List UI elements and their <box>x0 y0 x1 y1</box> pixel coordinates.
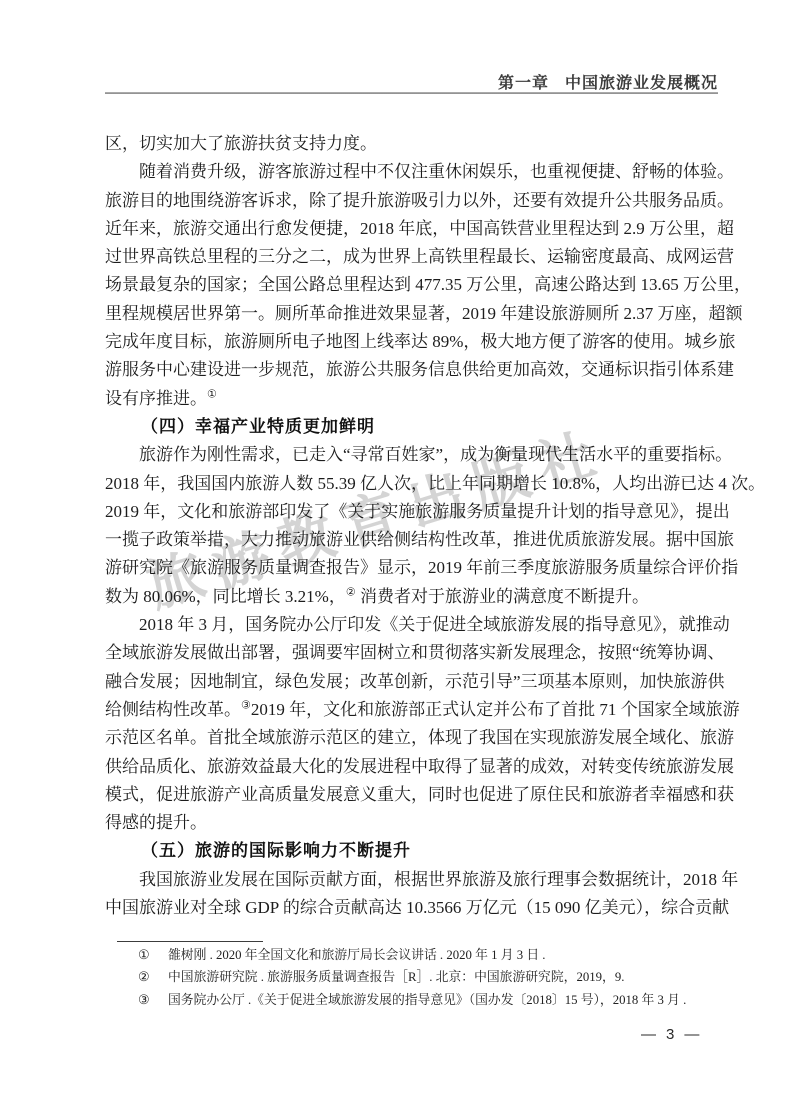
body-text: 区，切实加大了旅游扶贫支持力度。 随着消费升级，游客旅游过程中不仅注重休闲娱乐，… <box>105 130 721 922</box>
footnote-marker: ③ <box>138 989 168 1011</box>
text-segment: 设有序推进。 <box>105 389 207 408</box>
footnote-text: 国务院办公厅 .《关于促进全域旅游发展的指导意见》（国办发〔2018〕15 号）… <box>168 993 686 1007</box>
footnote: ①雒树刚 . 2020 年全国文化和旅游厅局长会议讲话 . 2020 年 1 月… <box>138 944 728 966</box>
text-line: 给侧结构性改革。③2019 年，文化和旅游部正式认定并公布了首批 71 个国家全… <box>105 696 721 724</box>
text-line: 得感的提升。 <box>105 809 721 837</box>
text-line: 中国旅游业对全球 GDP 的综合贡献高达 10.3566 万亿元（15 090 … <box>105 894 721 922</box>
text-segment: 消费者对于旅游业的满意度不断提升。 <box>356 587 649 606</box>
book-page: 第一章中国旅游业发展概况 旅游教育出版社 区，切实加大了旅游扶贫支持力度。 随着… <box>0 0 800 1114</box>
footnote-marker: ① <box>138 944 168 966</box>
text-segment: 2019 年，文化和旅游部正式认定并公布了首批 71 个国家全域旅游 <box>251 700 740 719</box>
text-line: 过世界高铁总里程的三分之二，成为世界上高铁里程最长、运输密度最高、成网运营 <box>105 243 721 271</box>
text-line: 2018 年，我国国内旅游人数 55.39 亿人次，比上年同期增长 10.8%，… <box>105 470 721 498</box>
text-line: 旅游目的地围绕游客诉求，除了提升旅游吸引力以外，还要有效提升公共服务品质。 <box>105 187 721 215</box>
text-line: 近年来，旅游交通出行愈发便捷，2018 年底，中国高铁营业里程达到 2.9 万公… <box>105 215 721 243</box>
section-heading-5: （五）旅游的国际影响力不断提升 <box>105 837 721 865</box>
footnote-text: 雒树刚 . 2020 年全国文化和旅游厅局长会议讲话 . 2020 年 1 月 … <box>168 948 546 962</box>
chapter-title: 中国旅游业发展概况 <box>565 75 718 92</box>
footnotes: ①雒树刚 . 2020 年全国文化和旅游厅局长会议讲话 . 2020 年 1 月… <box>138 944 728 1011</box>
page-number: —3— <box>641 1026 699 1043</box>
text-line: 设有序推进。① <box>105 385 721 413</box>
footnote: ③国务院办公厅 .《关于促进全域旅游发展的指导意见》（国办发〔2018〕15 号… <box>138 989 728 1011</box>
footnote-ref-1: ① <box>207 388 217 400</box>
footnote-ref-3: ③ <box>241 699 251 711</box>
page-number-dash-left: — <box>641 1026 656 1043</box>
header-rule <box>105 92 718 94</box>
text-line: 示范区名单。首批全域旅游示范区的建立，体现了我国在实现旅游发展全域化、旅游 <box>105 724 721 752</box>
running-head: 第一章中国旅游业发展概况 <box>498 70 718 93</box>
page-number-value: 3 <box>666 1026 674 1043</box>
text-line: 随着消费升级，游客旅游过程中不仅注重休闲娱乐，也重视便捷、舒畅的体验。 <box>105 158 721 186</box>
text-line: 游研究院《旅游服务质量调查报告》显示，2019 年前三季度旅游服务质量综合评价指 <box>105 554 721 582</box>
page-number-dash-right: — <box>684 1026 699 1043</box>
section-heading-4: （四）幸福产业特质更加鲜明 <box>105 413 721 441</box>
text-line: 我国旅游业发展在国际贡献方面，根据世界旅游及旅行理事会数据统计，2018 年 <box>105 866 721 894</box>
text-line: 全域旅游发展做出部署，强调要牢固树立和贯彻落实新发展理念，按照“统筹协调、 <box>105 639 721 667</box>
text-line: 区，切实加大了旅游扶贫支持力度。 <box>105 130 721 158</box>
text-line: 数为 80.06%，同比增长 3.21%，② 消费者对于旅游业的满意度不断提升。 <box>105 583 721 611</box>
footnote-separator <box>117 941 263 942</box>
text-line: 游服务中心建设进一步规范，旅游公共服务信息供给更加高效，交通标识指引体系建 <box>105 356 721 384</box>
text-line: 里程规模居世界第一。厕所革命推进效果显著，2019 年建设旅游厕所 2.37 万… <box>105 300 721 328</box>
text-line: 完成年度目标，旅游厕所电子地图上线率达 89%，极大地方便了游客的使用。城乡旅 <box>105 328 721 356</box>
footnote: ②中国旅游研究院 . 旅游服务质量调查报告［R］. 北京：中国旅游研究院，201… <box>138 966 728 988</box>
text-segment: 数为 80.06%，同比增长 3.21%， <box>105 587 346 606</box>
text-line: 融合发展；因地制宜，绿色发展；改革创新，示范引导”三项基本原则，加快旅游供 <box>105 668 721 696</box>
text-line: 供给品质化、旅游效益最大化的发展进程中取得了显著的成效，对转变传统旅游发展 <box>105 753 721 781</box>
footnote-marker: ② <box>138 966 168 988</box>
text-line: 2019 年，文化和旅游部印发了《关于实施旅游服务质量提升计划的指导意见》，提出 <box>105 498 721 526</box>
chapter-label: 第一章 <box>498 75 549 92</box>
footnote-ref-2: ② <box>346 586 356 598</box>
text-segment: 给侧结构性改革。 <box>105 700 241 719</box>
text-line: 旅游作为刚性需求，已走入“寻常百姓家”，成为衡量现代生活水平的重要指标。 <box>105 441 721 469</box>
footnote-text: 中国旅游研究院 . 旅游服务质量调查报告［R］. 北京：中国旅游研究院，2019… <box>168 970 624 984</box>
text-line: 模式，促进旅游产业高质量发展意义重大，同时也促进了原住民和旅游者幸福感和获 <box>105 781 721 809</box>
text-line: 2018 年 3 月，国务院办公厅印发《关于促进全域旅游发展的指导意见》，就推动 <box>105 611 721 639</box>
text-line: 场景最复杂的国家；全国公路总里程达到 477.35 万公里，高速公路达到 13.… <box>105 271 721 299</box>
text-line: 一揽子政策举措，大力推动旅游业供给侧结构性改革，推进优质旅游发展。据中国旅 <box>105 526 721 554</box>
